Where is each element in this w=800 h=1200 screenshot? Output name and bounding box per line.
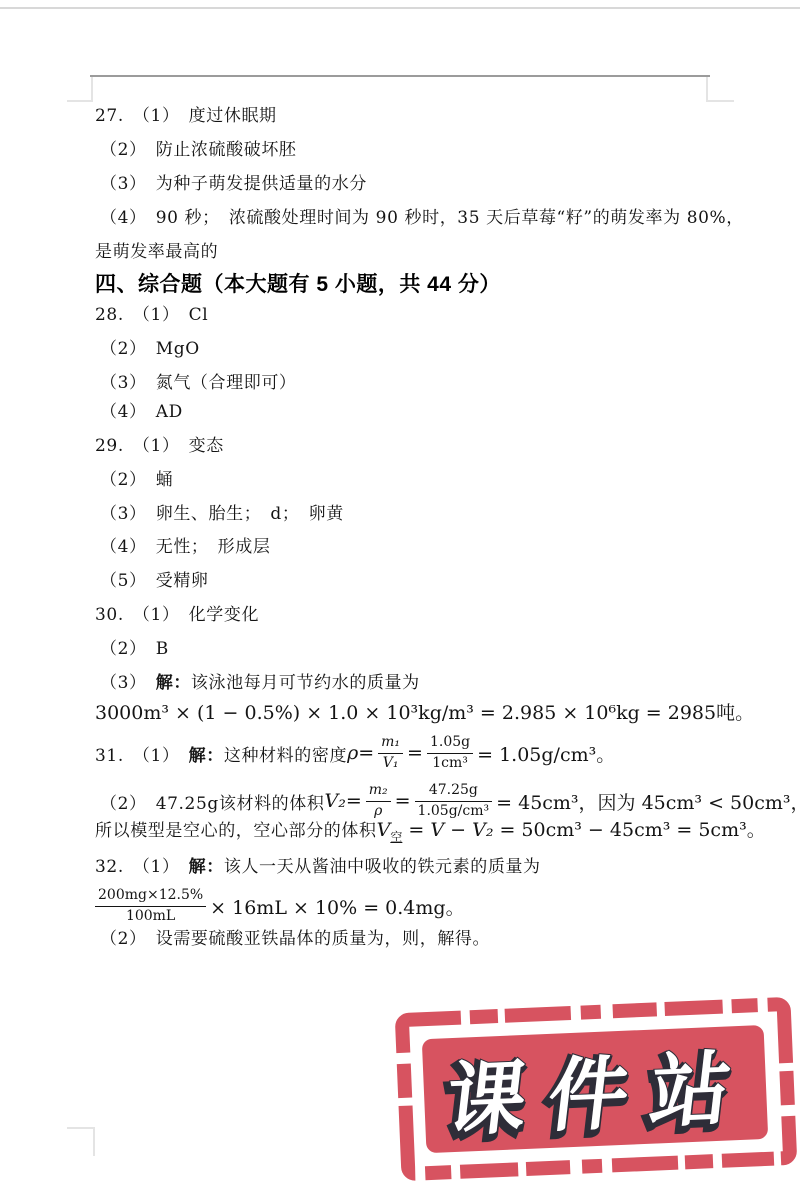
answer-30-3-text: 该泳池每月可节约水的质量为 <box>191 673 420 693</box>
boundary-mark-top-right-v <box>706 77 708 102</box>
answer-30-1: 30. （1） 化学变化 <box>95 603 259 627</box>
answer-29-3: （3） 卵生、胎生； d； 卵黄 <box>100 502 344 526</box>
answer-28-1: 28. （1） Cl <box>95 303 208 327</box>
fraction-numerator: 200mg×12.5% <box>95 887 206 907</box>
answer-31-2-marker: （2） <box>100 789 156 814</box>
fraction-soy-sauce: 200mg×12.5%100mL <box>95 887 206 925</box>
fraction-numerator: 47.25g <box>415 782 493 802</box>
kejianzhan-stamp: 课件站 课件站 <box>393 995 800 1184</box>
fraction-denominator: V₁ <box>378 754 403 773</box>
boundary-mark-bottom-left-v <box>93 1127 95 1156</box>
math-equals: = <box>402 819 430 841</box>
math-result: × 16mL × 10% = 0.4mg。 <box>210 893 464 920</box>
math-var-V: V <box>377 819 391 841</box>
answer-30-3: （3） 解：该泳池每月可节约水的质量为 <box>100 671 420 695</box>
solve-label: 解： <box>189 741 224 766</box>
math-var-rho: ρ <box>347 742 358 764</box>
answer-31-2-cont: 所以模型是空心的，空心部分的体积V空 = V − V₂ = 50cm³ − 45… <box>95 818 766 849</box>
answer-27-4-cont: 是萌发率最高的 <box>95 240 218 264</box>
equation-30: 3000m³ × (1 − 0.5%) × 1.0 × 10³kg/m³ = 2… <box>95 701 754 725</box>
answer-27-2: （2） 防止浓硫酸破坏胚 <box>100 138 297 162</box>
answer-32-1-text: 该人一天从酱油中吸收的铁元素的质量为 <box>224 857 541 877</box>
answer-30-3-marker: （3） <box>100 673 156 693</box>
answer-32-1: 32. （1） 解：该人一天从酱油中吸收的铁元素的质量为 <box>95 855 541 879</box>
boundary-mark-top-left-v <box>91 77 93 102</box>
answer-31-1-marker: 31. （1） <box>95 741 189 766</box>
stamp-graphic: 课件站 课件站 <box>393 995 800 1184</box>
math-var-V: V <box>430 819 444 841</box>
answer-28-3: （3） 氮气（合理即可） <box>100 371 297 395</box>
answer-27-3: （3） 为种子萌发提供适量的水分 <box>100 172 367 196</box>
solve-label: 解： <box>156 673 191 693</box>
answer-30-2: （2） B <box>100 637 169 661</box>
fraction-m1-V1: m₁V₁ <box>378 734 403 772</box>
boundary-mark-top-left-h <box>67 100 93 102</box>
section-heading: 四、综合题（本大题有 5 小题，共 44 分） <box>95 271 501 299</box>
solve-label: 解： <box>189 857 224 877</box>
math-sub-kong: 空 <box>390 830 402 844</box>
header-divider-line <box>90 75 710 77</box>
answer-32-2: （2） 设需要硫酸亚铁晶体的质量为，则，解得。 <box>100 927 490 951</box>
fraction-m2-rho: m₂ρ <box>366 782 391 820</box>
math-var-V2: V₂ <box>472 819 493 841</box>
answer-31-1-text: 这种材料的密度 <box>224 741 347 766</box>
math-result: = 1.05g/cm³。 <box>477 740 615 767</box>
equation-32: 200mg×12.5%100mL × 16mL × 10% = 0.4mg。 <box>95 883 465 929</box>
answer-29-1: 29. （1） 变态 <box>95 434 224 458</box>
answer-27-1: 27. （1） 度过休眠期 <box>95 104 277 128</box>
answer-29-5: （5） 受精卵 <box>100 569 209 593</box>
fraction-denominator: 1cm³ <box>427 754 473 773</box>
answer-31-3-text: 所以模型是空心的，空心部分的体积 <box>95 821 377 841</box>
fraction-numerator: m₂ <box>366 782 391 802</box>
document-page: 27. （1） 度过休眠期 （2） 防止浓硫酸破坏胚 （3） 为种子萌发提供适量… <box>0 0 800 1200</box>
math-result: = 50cm³ − 45cm³ = 5cm³。 <box>493 819 765 841</box>
math-result: = 45cm³，因为 45cm³ < 50cm³， <box>496 788 800 815</box>
answer-32-1-marker: 32. （1） <box>95 857 189 877</box>
answer-31-2-text: 47.25g该材料的体积 <box>156 789 325 814</box>
answer-29-4: （4） 无性； 形成层 <box>100 535 270 559</box>
stamp-text: 课件站 <box>441 1041 758 1148</box>
boundary-mark-top-right-h <box>706 100 734 102</box>
math-minus: − <box>444 819 472 841</box>
answer-29-2: （2） 蛹 <box>100 468 173 492</box>
math-equals: = <box>407 742 423 764</box>
fraction-denominator: 100mL <box>95 907 206 926</box>
answer-27-4: （4） 90 秒； 浓硫酸处理时间为 90 秒时，35 天后草莓“籽”的萌发率为… <box>100 206 744 230</box>
math-equals: = <box>358 742 374 764</box>
fraction-105g-1cm3: 1.05g1cm³ <box>427 734 473 772</box>
fraction-numerator: 1.05g <box>427 734 473 754</box>
math-equals: = <box>395 790 411 812</box>
answer-28-4: （4） AD <box>100 400 183 424</box>
page-top-edge <box>0 7 800 9</box>
fraction-4725g-density: 47.25g1.05g/cm³ <box>415 782 493 820</box>
fraction-numerator: m₁ <box>378 734 403 754</box>
math-var-V2: V₂ <box>324 790 345 812</box>
math-equals: = <box>346 790 362 812</box>
answer-31-1: 31. （1） 解：这种材料的密度ρ = m₁V₁ = 1.05g1cm³ = … <box>95 730 615 776</box>
answer-28-2: （2） MgO <box>100 337 200 361</box>
boundary-mark-bottom-left-h <box>67 1127 95 1129</box>
